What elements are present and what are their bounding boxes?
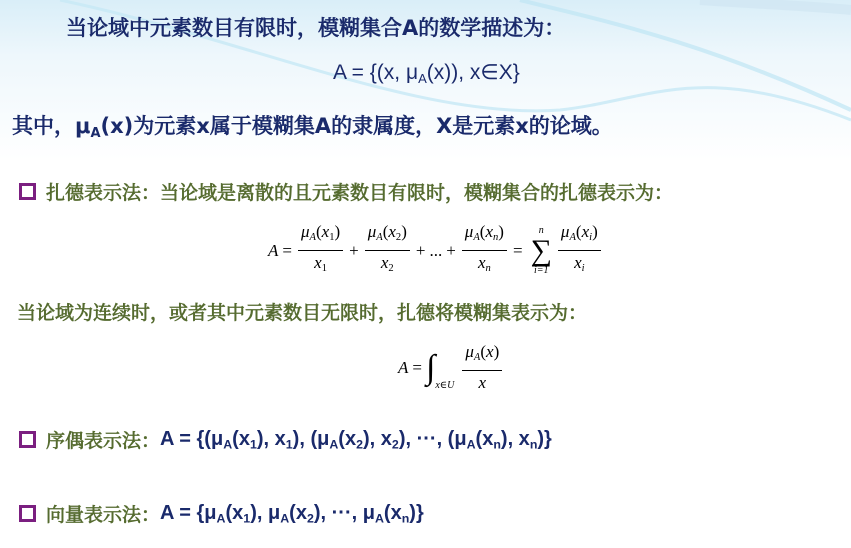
zadeh-continuous-formula: A = ∫ x∈U μA(x) x — [398, 340, 504, 395]
equals-sign: = — [513, 241, 523, 261]
plus-sign: + — [349, 241, 359, 261]
den-sub: 2 — [388, 263, 393, 274]
integral-domain: x∈U — [435, 380, 454, 391]
den-sub: i — [582, 263, 585, 274]
mu-sub: A — [569, 232, 575, 243]
den-sub: 1 — [322, 263, 327, 274]
formula-lhs: A — [268, 241, 278, 261]
continuous-text: 当论域为连续时，或者其中元素数目无限时，扎德将模糊集表示为： — [17, 298, 587, 325]
ordered-pair-formula: A = {(μA(x1), x1), (μA(x2), x2), ···, (μ… — [160, 428, 552, 452]
zadeh-discrete-formula: A = μA(x1) x1 + μA(x2) x2 + ... + μA(xn)… — [268, 220, 603, 281]
arg: x — [485, 222, 493, 241]
equals-sign: = — [412, 358, 422, 378]
square-bullet-icon — [19, 183, 36, 200]
set-formula-pre: A = {(x, μ — [333, 61, 418, 84]
plus-sign: + — [446, 241, 456, 261]
sum-lower-limit: i=1 — [534, 266, 549, 276]
explanation-sub: A — [90, 126, 100, 141]
zadeh-text: 当论域是离散的且元素数目有限时，模糊集合的扎德表示为： — [160, 178, 673, 205]
ellipsis: ... — [429, 241, 442, 261]
arg-sub: 1 — [329, 232, 334, 243]
set-formula-sub: A — [418, 71, 427, 86]
arg: x — [388, 222, 396, 241]
set-formula-post: (x)), x∈X} — [427, 61, 520, 84]
ordered-pair-bullet: 序偶表示法： A = {(μA(x1), x1), (μA(x2), x2), … — [19, 426, 552, 453]
membership-explanation: 其中，μA(x)为元素x属于模糊集A的隶属度，X是元素x的论域。 — [12, 110, 613, 141]
den: x — [574, 253, 582, 272]
mu-sub: A — [310, 232, 316, 243]
set-formula: A = {(x, μA(x)), x∈X} — [333, 60, 520, 86]
arg: x — [486, 342, 494, 361]
sigma-icon: ∑ — [531, 236, 552, 266]
arg-sub: n — [493, 232, 498, 243]
ordered-pair-label: 序偶表示法： — [46, 426, 160, 453]
mu: μ — [465, 342, 474, 361]
arg-sub: i — [589, 232, 592, 243]
continuous-fraction: μA(x) x — [462, 340, 502, 395]
formula-lhs: A — [398, 358, 408, 378]
arg: x — [582, 222, 590, 241]
explanation-post: (x)为元素x属于模糊集A的隶属度，X是元素x的论域。 — [101, 114, 613, 138]
fraction-term-2: μA(x2) x2 — [365, 220, 410, 281]
zadeh-label: 扎德表示法： — [46, 178, 160, 205]
den: x — [478, 253, 486, 272]
explanation-pre: 其中，μ — [12, 114, 90, 138]
intro-line: 当论域中元素数目有限时，模糊集合A的数学描述为： — [66, 12, 565, 42]
summation: n ∑ i=1 — [531, 226, 552, 276]
zadeh-bullet: 扎德表示法：当论域是离散的且元素数目有限时，模糊集合的扎德表示为： — [19, 178, 673, 205]
integral-icon: ∫ — [426, 351, 435, 385]
fraction-term-n: μA(xn) xn — [462, 220, 507, 281]
equals-sign: = — [282, 241, 292, 261]
mu: μ — [301, 222, 310, 241]
den: x — [479, 373, 487, 392]
vector-formula: A = {μA(x1), μA(x2), ···, μA(xn)} — [160, 502, 424, 526]
den-sub: n — [486, 263, 491, 274]
mu-sub: A — [376, 232, 382, 243]
plus-sign: + — [416, 241, 426, 261]
vector-bullet: 向量表示法： A = {μA(x1), μA(x2), ···, μA(xn)} — [19, 500, 424, 527]
fraction-term-1: μA(x1) x1 — [298, 220, 343, 281]
arg-sub: 2 — [396, 232, 401, 243]
square-bullet-icon — [19, 431, 36, 448]
mu-sub: A — [474, 352, 480, 363]
mu: μ — [368, 222, 377, 241]
den: x — [314, 253, 322, 272]
vector-label: 向量表示法： — [46, 500, 160, 527]
square-bullet-icon — [19, 505, 36, 522]
fraction-term-i: μA(xi) xi — [558, 220, 601, 281]
mu-sub: A — [473, 232, 479, 243]
